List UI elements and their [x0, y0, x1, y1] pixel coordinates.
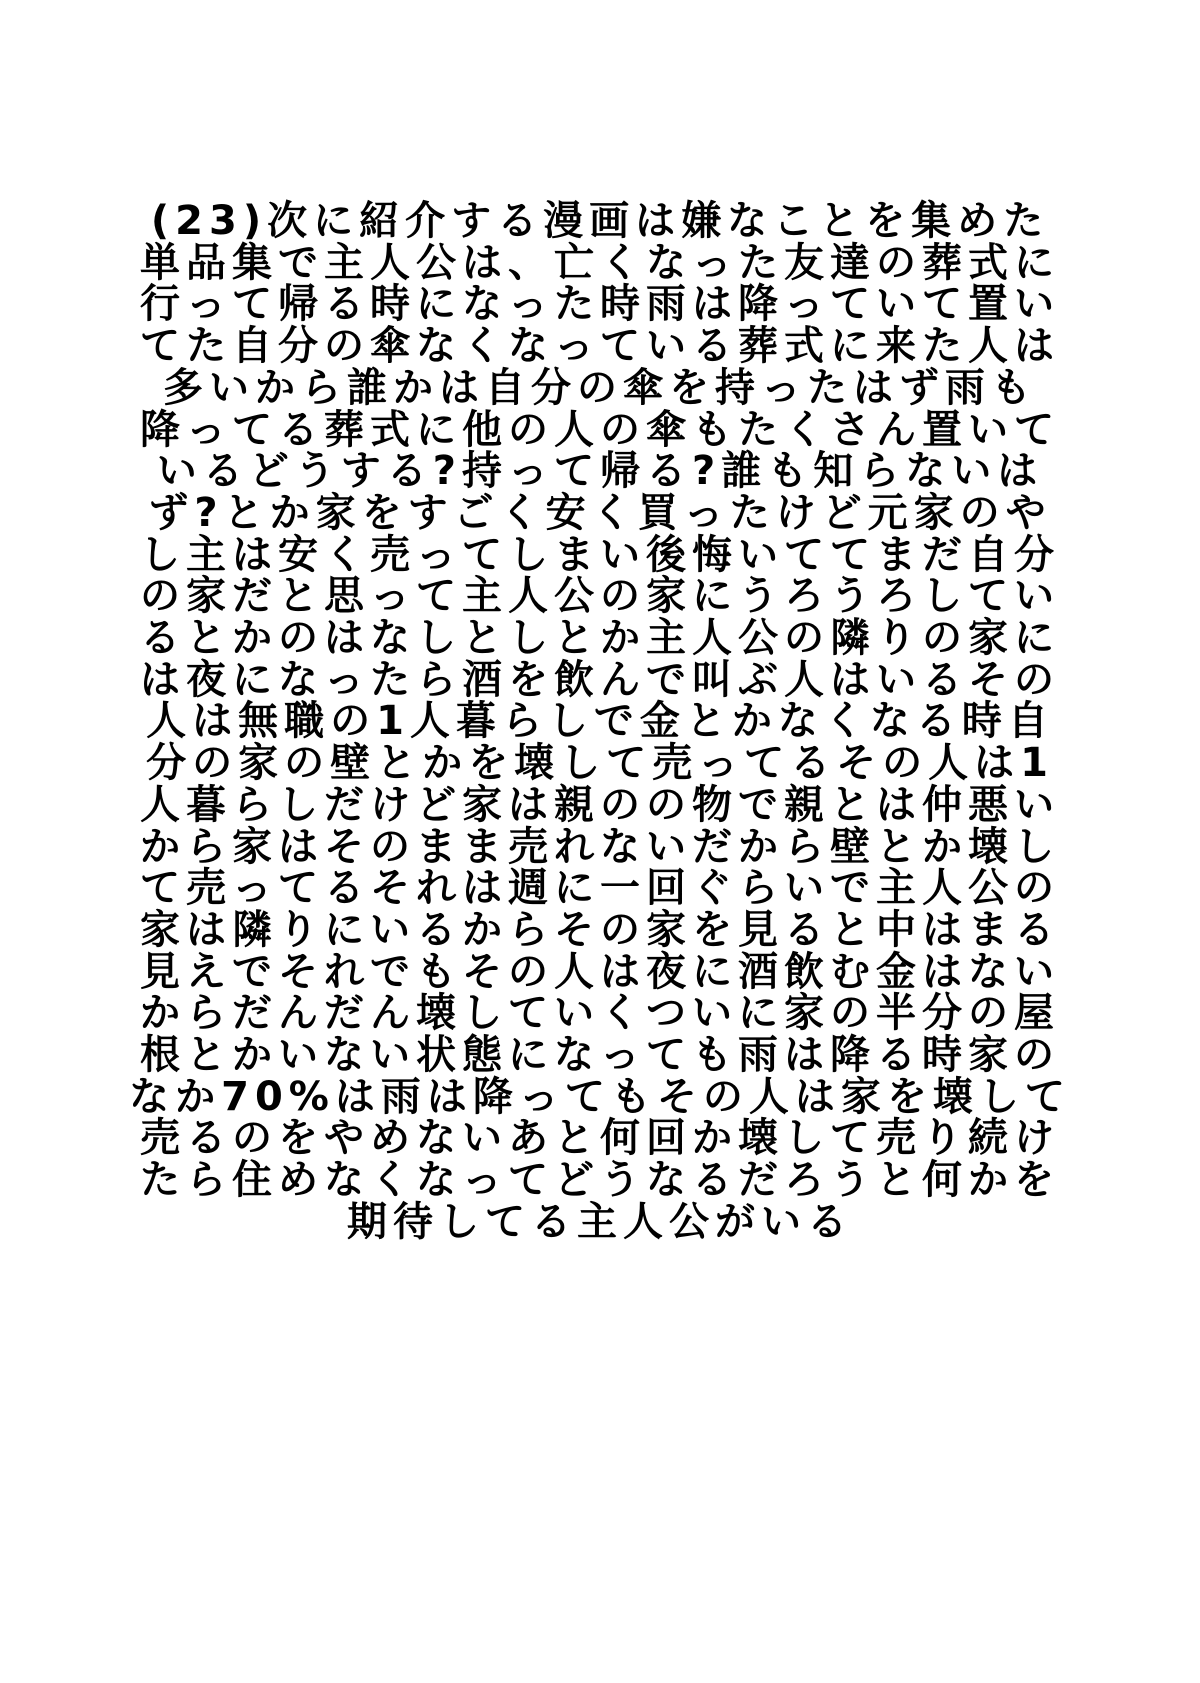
- body-text: (23)次に紹介する漫画は嫌なことを集めた 単品集で主人公は、亡くなった友達の葬…: [0, 201, 1200, 1244]
- page: (23)次に紹介する漫画は嫌なことを集めた 単品集で主人公は、亡くなった友達の葬…: [0, 0, 1200, 1683]
